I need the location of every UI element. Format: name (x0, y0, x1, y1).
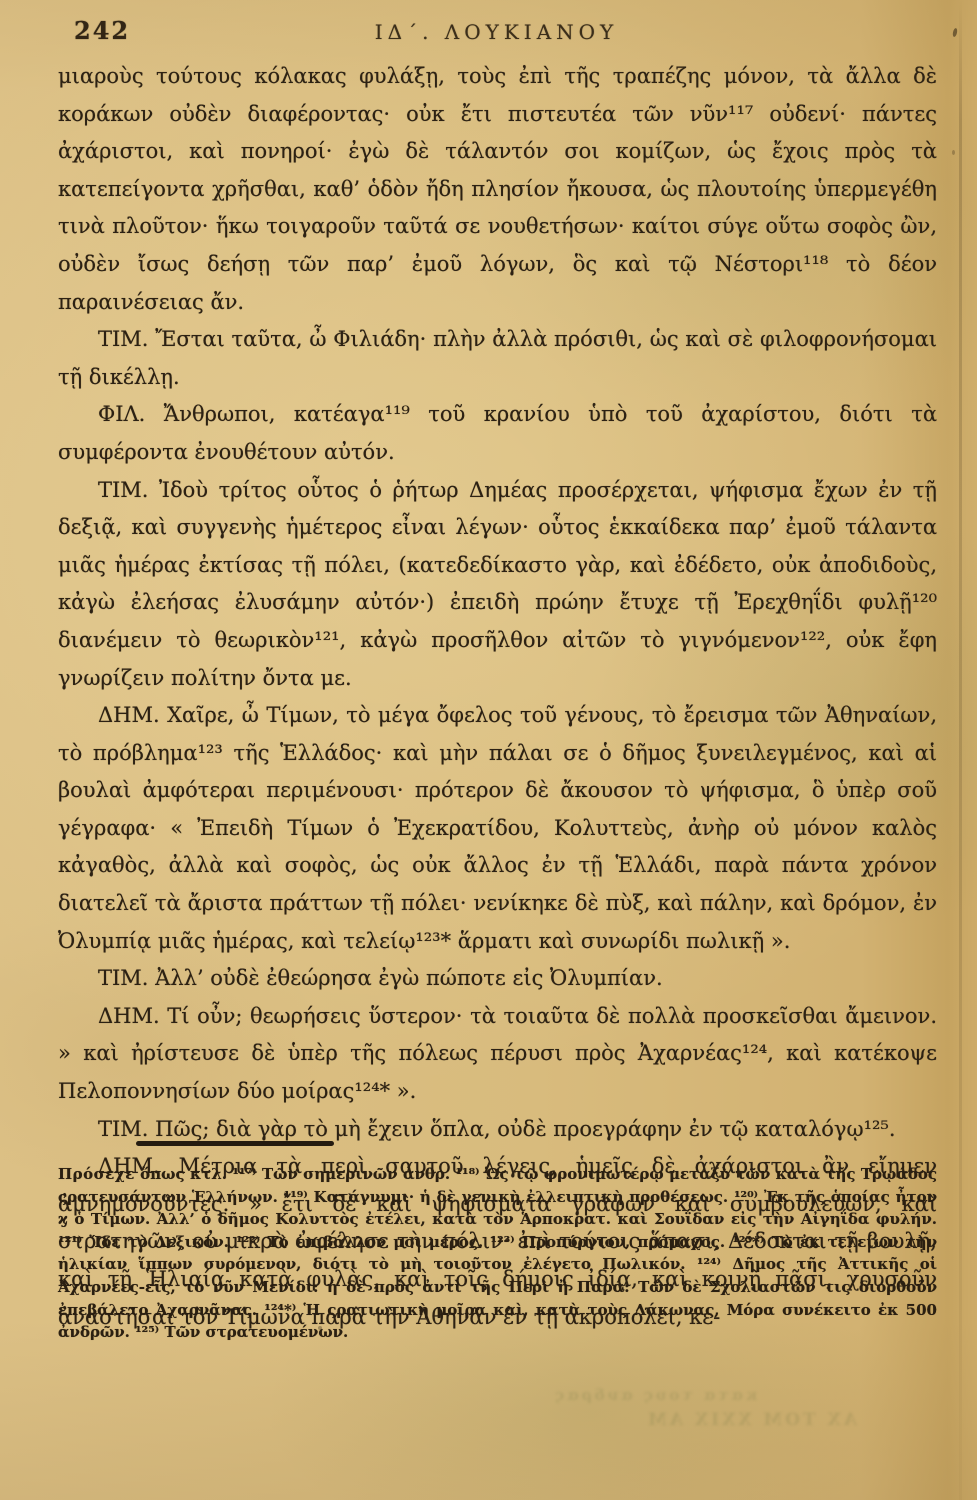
running-header-title: ΙΔ´. ΛΟΥΚΙΑΝΟΥ (58, 20, 935, 44)
footnotes-block: Πρόσεχε ὅπως κτλ. ¹¹⁷⁾ Τῶν σημερινῶν ἀνθ… (58, 1163, 937, 1344)
body-paragraph-timon: ΤΙΜ. Ἀλλ’ οὐδὲ ἐθεώρησα ἐγὼ πώποτε εἰς Ὀ… (58, 960, 937, 998)
body-paragraph: μιαροὺς τούτους κόλακας φυλάξῃ, τοὺς ἐπὶ… (58, 58, 937, 321)
footnote-lemma: Πρόσεχε (58, 1165, 135, 1183)
body-paragraph-timon: ΤΙΜ. Ἰδοὺ τρίτος οὗτος ὁ ῥήτωρ Δημέας πρ… (58, 472, 937, 698)
scanned-book-page: 242 ΙΔ´. ΛΟΥΚΙΑΝΟΥ μιαροὺς τούτους κόλακ… (0, 0, 977, 1500)
footnote-text: ὅπως κτλ. ¹¹⁷⁾ Τῶν σημερινῶν ἀνθρ. ¹¹⁸⁾ … (58, 1165, 937, 1341)
page-edge-shadow (959, 0, 962, 1500)
footnote-separator-rule (136, 1141, 334, 1146)
ink-speck (952, 28, 958, 38)
body-paragraph-timon: ΤΙΜ. Ἔσται ταῦτα, ὦ Φιλιάδη· πλὴν ἀλλὰ π… (58, 321, 937, 396)
ink-speck (318, 1326, 322, 1330)
body-paragraph-philiades: ΦΙΛ. Ἄνθρωποι, κατέαγα¹¹⁹ τοῦ κρανίου ὑπ… (58, 396, 937, 471)
ink-speck (952, 150, 955, 155)
body-paragraph-demeas: ΔΗΜ. Τί οὖν; θεωρήσεις ὕστερον· τὰ τοιαῦ… (58, 998, 937, 1111)
reverse-page-showthrough: κατα τους ανδρας (552, 1386, 757, 1404)
page-header: 242 ΙΔ´. ΛΟΥΚΙΑΝΟΥ (58, 16, 935, 50)
body-paragraph-demeas: ΔΗΜ. Χαῖρε, ὦ Τίμων, τὸ μέγα ὄφελος τοῦ … (58, 697, 937, 960)
reverse-page-showthrough: ΑΧ ΤΟΜ ΧΧΙΧ ΑΜ (645, 1410, 857, 1430)
